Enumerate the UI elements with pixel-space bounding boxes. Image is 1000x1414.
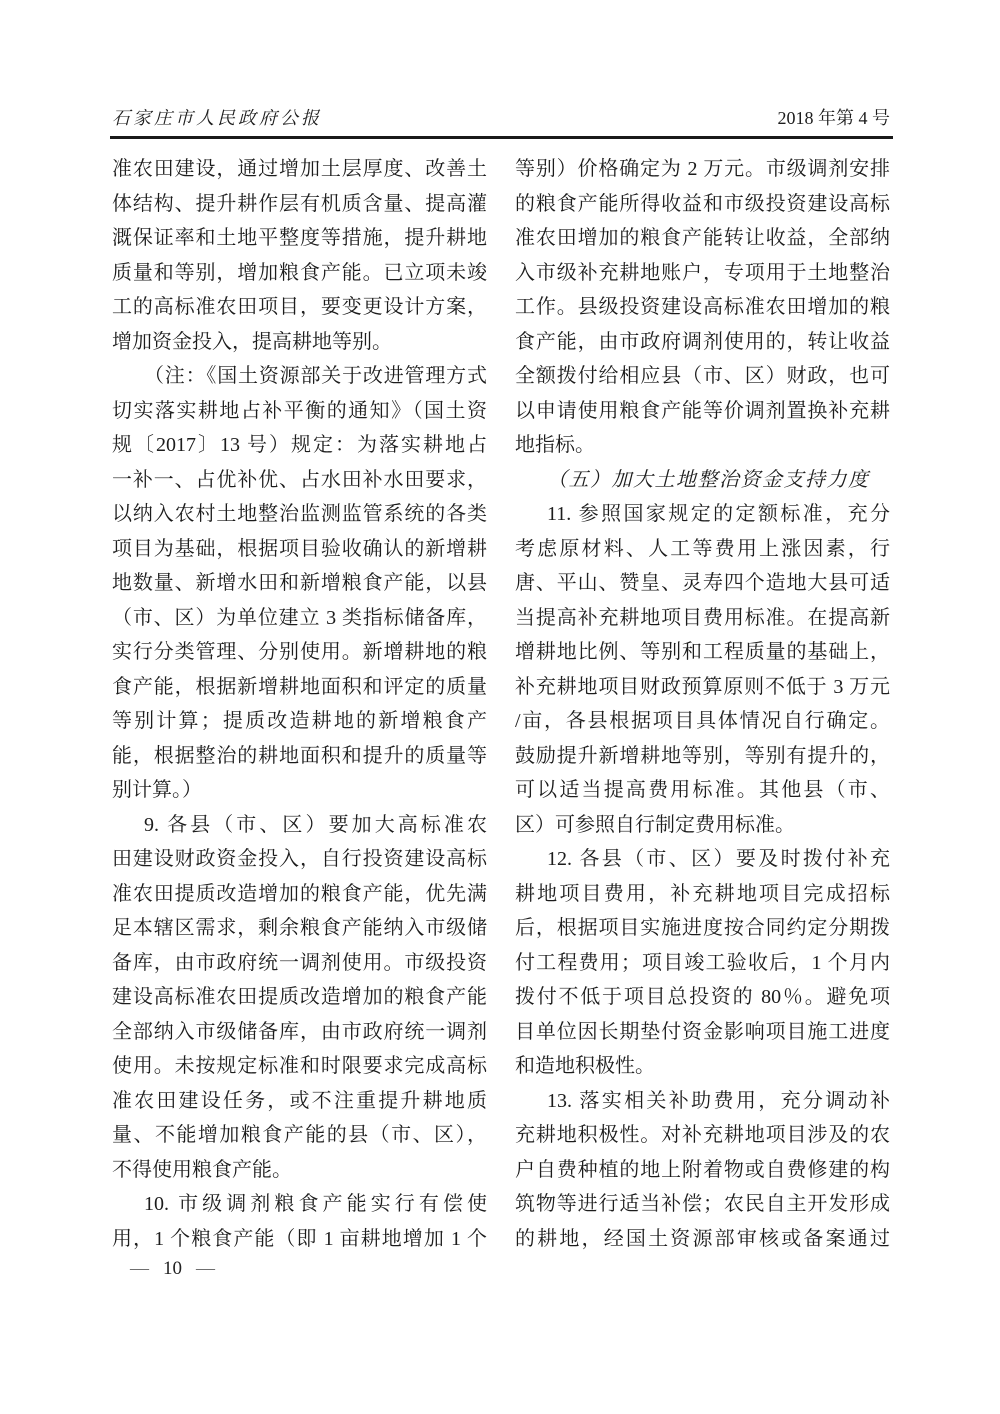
text-line: 唐、平山、赞皇、灵寿四个造地大县可适 <box>515 566 890 601</box>
text-line: 付工程费用；项目竣工验收后，1 个月内 <box>515 946 890 981</box>
text-line: 准农田建设，通过增加土层厚度、改善土 <box>112 152 487 187</box>
text-line: 食产能，由市政府调剂使用的，转让收益 <box>515 325 890 360</box>
text-line: 别计算。） <box>112 773 487 808</box>
text-line: 考虑原材料、人工等费用上涨因素，行 <box>515 532 890 567</box>
text-line: 使用。未按规定标准和时限要求完成高标 <box>112 1049 487 1084</box>
text-line: 可以适当提高费用标准。其他县（市、 <box>515 773 890 808</box>
text-line: 体结构、提升耕作层有机质含量、提高灌 <box>112 187 487 222</box>
text-line: 的粮食产能所得收益和市级投资建设高标 <box>515 187 890 222</box>
text-line: 质量和等别，增加粮食产能。已立项未竣 <box>112 256 487 291</box>
text-line: 12. 各县（市、区）要及时拨付补充 <box>515 842 890 877</box>
text-line: 和造地积极性。 <box>515 1049 890 1084</box>
text-line: 等别）价格确定为 2 万元。市级调剂安排 <box>515 152 890 187</box>
text-line: 项目为基础，根据项目验收确认的新增耕 <box>112 532 487 567</box>
text-line: 备库，由市政府统一调剂使用。市级投资 <box>112 946 487 981</box>
text-line: 实行分类管理、分别使用。新增耕地的粮 <box>112 635 487 670</box>
text-line: 能，根据整治的耕地面积和提升的质量等 <box>112 739 487 774</box>
text-line: /亩，各县根据项目具体情况自行确定。 <box>515 704 890 739</box>
text-line: 溉保证率和土地平整度等措施，提升耕地 <box>112 221 487 256</box>
text-line: 鼓励提升新增耕地等别，等别有提升的， <box>515 739 890 774</box>
issue-label: 2018 年第 4 号 <box>778 104 891 130</box>
text-line: 后，根据项目实施进度按合同约定分期拨 <box>515 911 890 946</box>
header-rule <box>110 136 893 139</box>
text-line: 一补一、占优补优、占水田补水田要求， <box>112 463 487 498</box>
text-line: 全额拨付给相应县（市、区）财政，也可 <box>515 359 890 394</box>
text-line: 地指标。 <box>515 428 890 463</box>
column-left: 准农田建设，通过增加土层厚度、改善土体结构、提升耕作层有机质含量、提高灌溉保证率… <box>112 152 487 1256</box>
text-line: （市、区）为单位建立 3 类指标储备库， <box>112 601 487 636</box>
text-line: 11. 参照国家规定的定额标准，充分 <box>515 497 890 532</box>
text-line: 全部纳入市级储备库，由市政府统一调剂 <box>112 1015 487 1050</box>
text-line: 田建设财政资金投入，自行投资建设高标 <box>112 842 487 877</box>
text-line: 户自费种植的地上附着物或自费修建的构 <box>515 1153 890 1188</box>
page-number: 10 <box>163 1258 182 1280</box>
page-footer: — 10 — <box>130 1258 215 1280</box>
section-heading: （五）加大土地整治资金支持力度 <box>515 463 890 498</box>
text-line: 准农田建设任务，或不注重提升耕地质 <box>112 1084 487 1119</box>
text-line: 准农田增加的粮食产能转让收益，全部纳 <box>515 221 890 256</box>
text-line: 拨付不低于项目总投资的 80％。避免项 <box>515 980 890 1015</box>
text-line: 用，1 个粮食产能（即 1 亩耕地增加 1 个 <box>112 1222 487 1257</box>
column-right: 等别）价格确定为 2 万元。市级调剂安排的粮食产能所得收益和市级投资建设高标准农… <box>515 152 890 1256</box>
text-line: 足本辖区需求，剩余粮食产能纳入市级储 <box>112 911 487 946</box>
text-line: 工作。县级投资建设高标准农田增加的粮 <box>515 290 890 325</box>
text-line: 增耕地比例、等别和工程质量的基础上， <box>515 635 890 670</box>
text-line: 等别计算；提质改造耕地的新增粮食产 <box>112 704 487 739</box>
text-line: 以申请使用粮食产能等价调剂置换补充耕 <box>515 394 890 429</box>
text-line: （注：《国土资源部关于改进管理方式 <box>112 359 487 394</box>
text-line: 当提高补充耕地项目费用标准。在提高新 <box>515 601 890 636</box>
text-line: 目单位因长期垫付资金影响项目施工进度 <box>515 1015 890 1050</box>
text-line: 9. 各县（市、区）要加大高标准农 <box>112 808 487 843</box>
text-line: 食产能，根据新增耕地面积和评定的质量 <box>112 670 487 705</box>
text-line: 10. 市级调剂粮食产能实行有偿使 <box>112 1187 487 1222</box>
text-line: 筑物等进行适当补偿；农民自主开发形成 <box>515 1187 890 1222</box>
text-line: 工的高标准农田项目，要变更设计方案， <box>112 290 487 325</box>
text-line: 准农田提质改造增加的粮食产能，优先满 <box>112 877 487 912</box>
text-line: 规〔2017〕13 号）规定：为落实耕地占 <box>112 428 487 463</box>
footer-left-dash: — <box>130 1258 149 1280</box>
text-line: 充耕地积极性。对补充耕地项目涉及的农 <box>515 1118 890 1153</box>
text-line: 增加资金投入，提高耕地等别。 <box>112 325 487 360</box>
text-line: 地数量、新增水田和新增粮食产能，以县 <box>112 566 487 601</box>
footer-right-dash: — <box>196 1258 215 1280</box>
text-line: 以纳入农村土地整治监测监管系统的各类 <box>112 497 487 532</box>
text-line: 13. 落实相关补助费用，充分调动补 <box>515 1084 890 1119</box>
text-line: 建设高标准农田提质改造增加的粮食产能 <box>112 980 487 1015</box>
text-line: 耕地项目费用，补充耕地项目完成招标 <box>515 877 890 912</box>
text-line: 入市级补充耕地账户，专项用于土地整治 <box>515 256 890 291</box>
page-header: 石家庄市人民政府公报 2018 年第 4 号 <box>112 104 890 130</box>
text-line: 的耕地，经国土资源部审核或备案通过 <box>515 1222 890 1257</box>
gazette-title: 石家庄市人民政府公报 <box>112 104 322 130</box>
text-line: 切实落实耕地占补平衡的通知》（国土资 <box>112 394 487 429</box>
gazette-page: 石家庄市人民政府公报 2018 年第 4 号 准农田建设，通过增加土层厚度、改善… <box>0 0 1000 1414</box>
text-line: 区）可参照自行制定费用标准。 <box>515 808 890 843</box>
body-columns: 准农田建设，通过增加土层厚度、改善土体结构、提升耕作层有机质含量、提高灌溉保证率… <box>112 152 890 1256</box>
text-line: 补充耕地项目财政预算原则不低于 3 万元 <box>515 670 890 705</box>
text-line: 不得使用粮食产能。 <box>112 1153 487 1188</box>
text-line: 量、不能增加粮食产能的县（市、区）， <box>112 1118 487 1153</box>
